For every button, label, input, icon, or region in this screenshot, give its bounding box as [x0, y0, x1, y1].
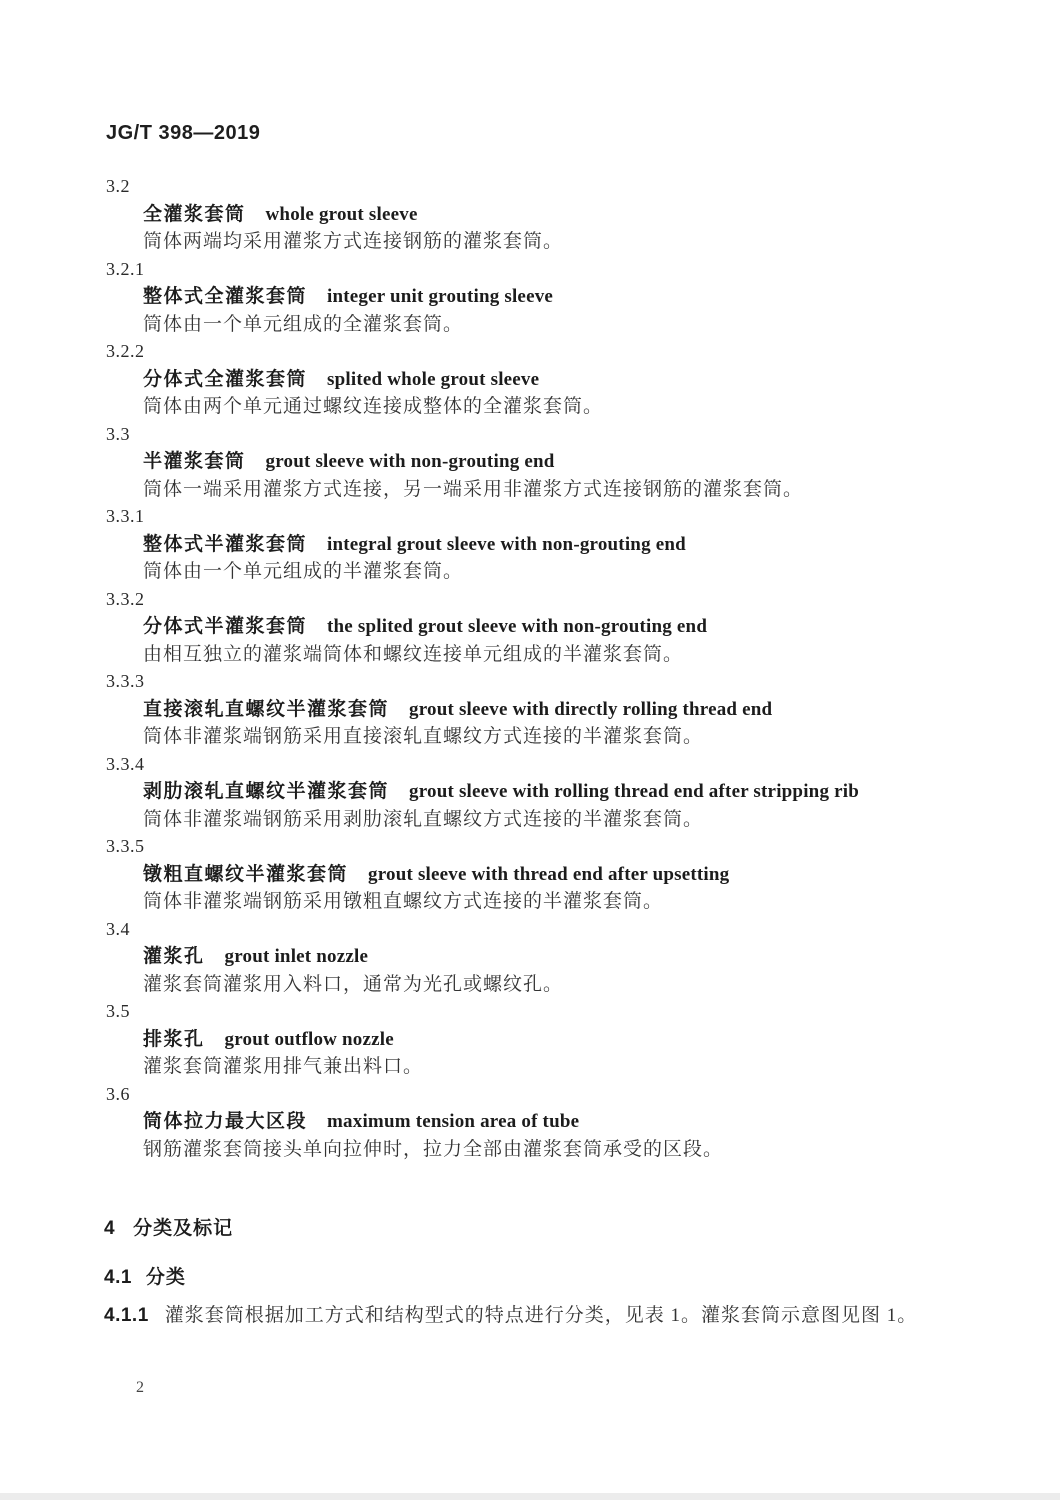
term-zh: 分体式半灌浆套筒 [143, 616, 307, 637]
clause-number: 3.3.2 [106, 586, 986, 614]
term-line: 剥肋滚轧直螺纹半灌浆套筒grout sleeve with rolling th… [106, 778, 986, 806]
clause-number: 3.3.4 [106, 751, 986, 779]
term-definition: 筒体一端采用灌浆方式连接，另一端采用非灌浆方式连接钢筋的灌浆套筒。 [106, 476, 986, 504]
clause-4-1-1-number: 4.1.1 [104, 1305, 149, 1326]
term-zh: 筒体拉力最大区段 [143, 1111, 307, 1132]
term-zh: 直接滚轧直螺纹半灌浆套筒 [143, 699, 389, 720]
document-page: JG/T 398—2019 3.2 全灌浆套筒whole grout sleev… [0, 0, 1060, 1500]
term-en: grout sleeve with directly rolling threa… [409, 699, 772, 720]
clause-number: 3.3.3 [106, 668, 986, 696]
term-definition: 由相互独立的灌浆端筒体和螺纹连接单元组成的半灌浆套筒。 [106, 641, 986, 669]
clause-number: 3.5 [106, 998, 986, 1026]
term-en: maximum tension area of tube [327, 1111, 579, 1132]
section-number: 4 [104, 1218, 115, 1239]
term-en: grout sleeve with thread end after upset… [368, 864, 729, 885]
term-en: integral grout sleeve with non-grouting … [327, 534, 686, 555]
clause-number: 3.3.5 [106, 833, 986, 861]
page-bottom-edge [0, 1493, 1060, 1500]
term-definition: 灌浆套筒灌浆用排气兼出料口。 [106, 1053, 986, 1081]
term-zh: 全灌浆套筒 [143, 204, 246, 225]
subsection-number: 4.1 [104, 1267, 132, 1288]
section-heading-4-1: 4.1分类 [104, 1262, 186, 1289]
term-zh: 整体式半灌浆套筒 [143, 534, 307, 555]
term-zh: 排浆孔 [143, 1029, 205, 1050]
clause-number: 3.2.1 [106, 256, 986, 284]
term-definition: 筒体由一个单元组成的半灌浆套筒。 [106, 558, 986, 586]
page-number: 2 [136, 1379, 144, 1397]
standard-code-header: JG/T 398—2019 [106, 122, 260, 145]
clause-4-1-1-text: 灌浆套筒根据加工方式和结构型式的特点进行分类，见表 1。灌浆套筒示意图见图 1。 [165, 1305, 918, 1326]
term-en: grout inlet nozzle [225, 946, 369, 967]
terms-section: 3.2 全灌浆套筒whole grout sleeve 筒体两端均采用灌浆方式连… [106, 173, 986, 1163]
term-line: 筒体拉力最大区段maximum tension area of tube [106, 1108, 986, 1136]
term-en: integer unit grouting sleeve [327, 286, 553, 307]
term-definition: 筒体两端均采用灌浆方式连接钢筋的灌浆套筒。 [106, 228, 986, 256]
clause-number: 3.4 [106, 916, 986, 944]
clause-number: 3.3 [106, 421, 986, 449]
term-en: whole grout sleeve [266, 204, 418, 225]
term-zh: 整体式全灌浆套筒 [143, 286, 307, 307]
term-line: 分体式全灌浆套筒splited whole grout sleeve [106, 366, 986, 394]
term-line: 直接滚轧直螺纹半灌浆套筒grout sleeve with directly r… [106, 696, 986, 724]
clause-4-1-1: 4.1.1灌浆套筒根据加工方式和结构型式的特点进行分类，见表 1。灌浆套筒示意图… [104, 1300, 917, 1327]
term-zh: 灌浆孔 [143, 946, 205, 967]
term-en: grout sleeve with rolling thread end aft… [409, 781, 859, 802]
term-definition: 筒体非灌浆端钢筋采用镦粗直螺纹方式连接的半灌浆套筒。 [106, 888, 986, 916]
term-line: 镦粗直螺纹半灌浆套筒grout sleeve with thread end a… [106, 861, 986, 889]
term-line: 整体式半灌浆套筒integral grout sleeve with non-g… [106, 531, 986, 559]
section-heading-4: 4分类及标记 [104, 1213, 233, 1240]
term-definition: 筒体由一个单元组成的全灌浆套筒。 [106, 311, 986, 339]
term-line: 灌浆孔grout inlet nozzle [106, 943, 986, 971]
term-definition: 筒体由两个单元通过螺纹连接成整体的全灌浆套筒。 [106, 393, 986, 421]
term-zh: 镦粗直螺纹半灌浆套筒 [143, 864, 348, 885]
term-definition: 筒体非灌浆端钢筋采用剥肋滚轧直螺纹方式连接的半灌浆套筒。 [106, 806, 986, 834]
term-line: 排浆孔grout outflow nozzle [106, 1026, 986, 1054]
term-definition: 筒体非灌浆端钢筋采用直接滚轧直螺纹方式连接的半灌浆套筒。 [106, 723, 986, 751]
clause-number: 3.6 [106, 1081, 986, 1109]
term-definition: 灌浆套筒灌浆用入料口，通常为光孔或螺纹孔。 [106, 971, 986, 999]
term-definition: 钢筋灌浆套筒接头单向拉伸时，拉力全部由灌浆套筒承受的区段。 [106, 1136, 986, 1164]
term-zh: 分体式全灌浆套筒 [143, 369, 307, 390]
term-line: 分体式半灌浆套筒the splited grout sleeve with no… [106, 613, 986, 641]
term-en: splited whole grout sleeve [327, 369, 539, 390]
term-line: 全灌浆套筒whole grout sleeve [106, 201, 986, 229]
subsection-title: 分类 [146, 1267, 186, 1288]
term-en: grout outflow nozzle [225, 1029, 394, 1050]
clause-number: 3.2 [106, 173, 986, 201]
term-en: the splited grout sleeve with non-grouti… [327, 616, 707, 637]
term-line: 整体式全灌浆套筒integer unit grouting sleeve [106, 283, 986, 311]
term-zh: 剥肋滚轧直螺纹半灌浆套筒 [143, 781, 389, 802]
clause-number: 3.2.2 [106, 338, 986, 366]
section-title: 分类及标记 [133, 1218, 233, 1239]
term-zh: 半灌浆套筒 [143, 451, 246, 472]
term-en: grout sleeve with non-grouting end [266, 451, 555, 472]
term-line: 半灌浆套筒grout sleeve with non-grouting end [106, 448, 986, 476]
clause-number: 3.3.1 [106, 503, 986, 531]
